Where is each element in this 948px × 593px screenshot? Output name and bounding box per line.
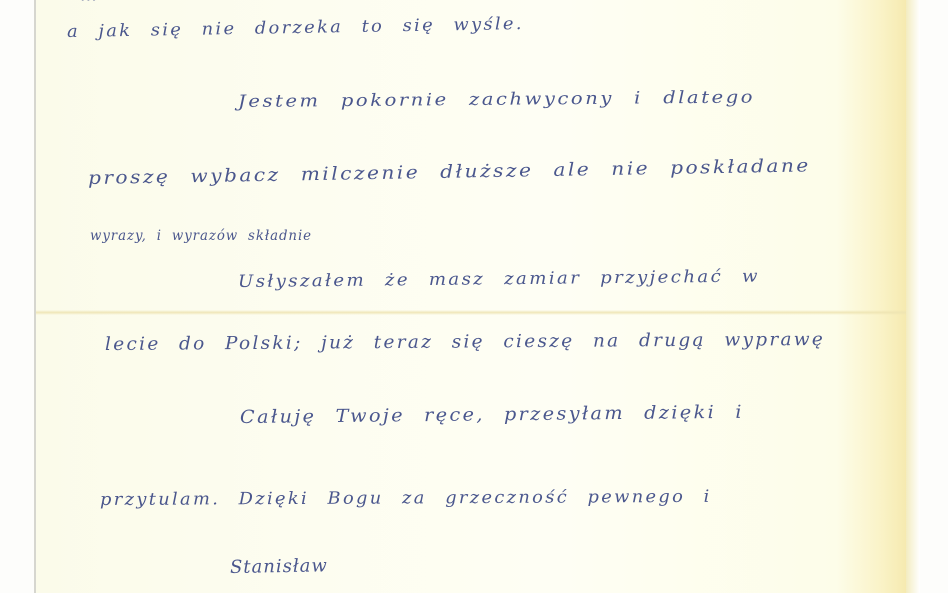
cutoff-top-line: …: [80, 0, 100, 6]
fold-crease: [36, 310, 906, 315]
letter-line-4: wyrazy, i wyrazów składnie: [90, 228, 312, 244]
letter-line-8: przytulam. Dzięki Bogu za grzeczność pew…: [100, 487, 712, 510]
signature: Stanisław: [230, 555, 328, 578]
